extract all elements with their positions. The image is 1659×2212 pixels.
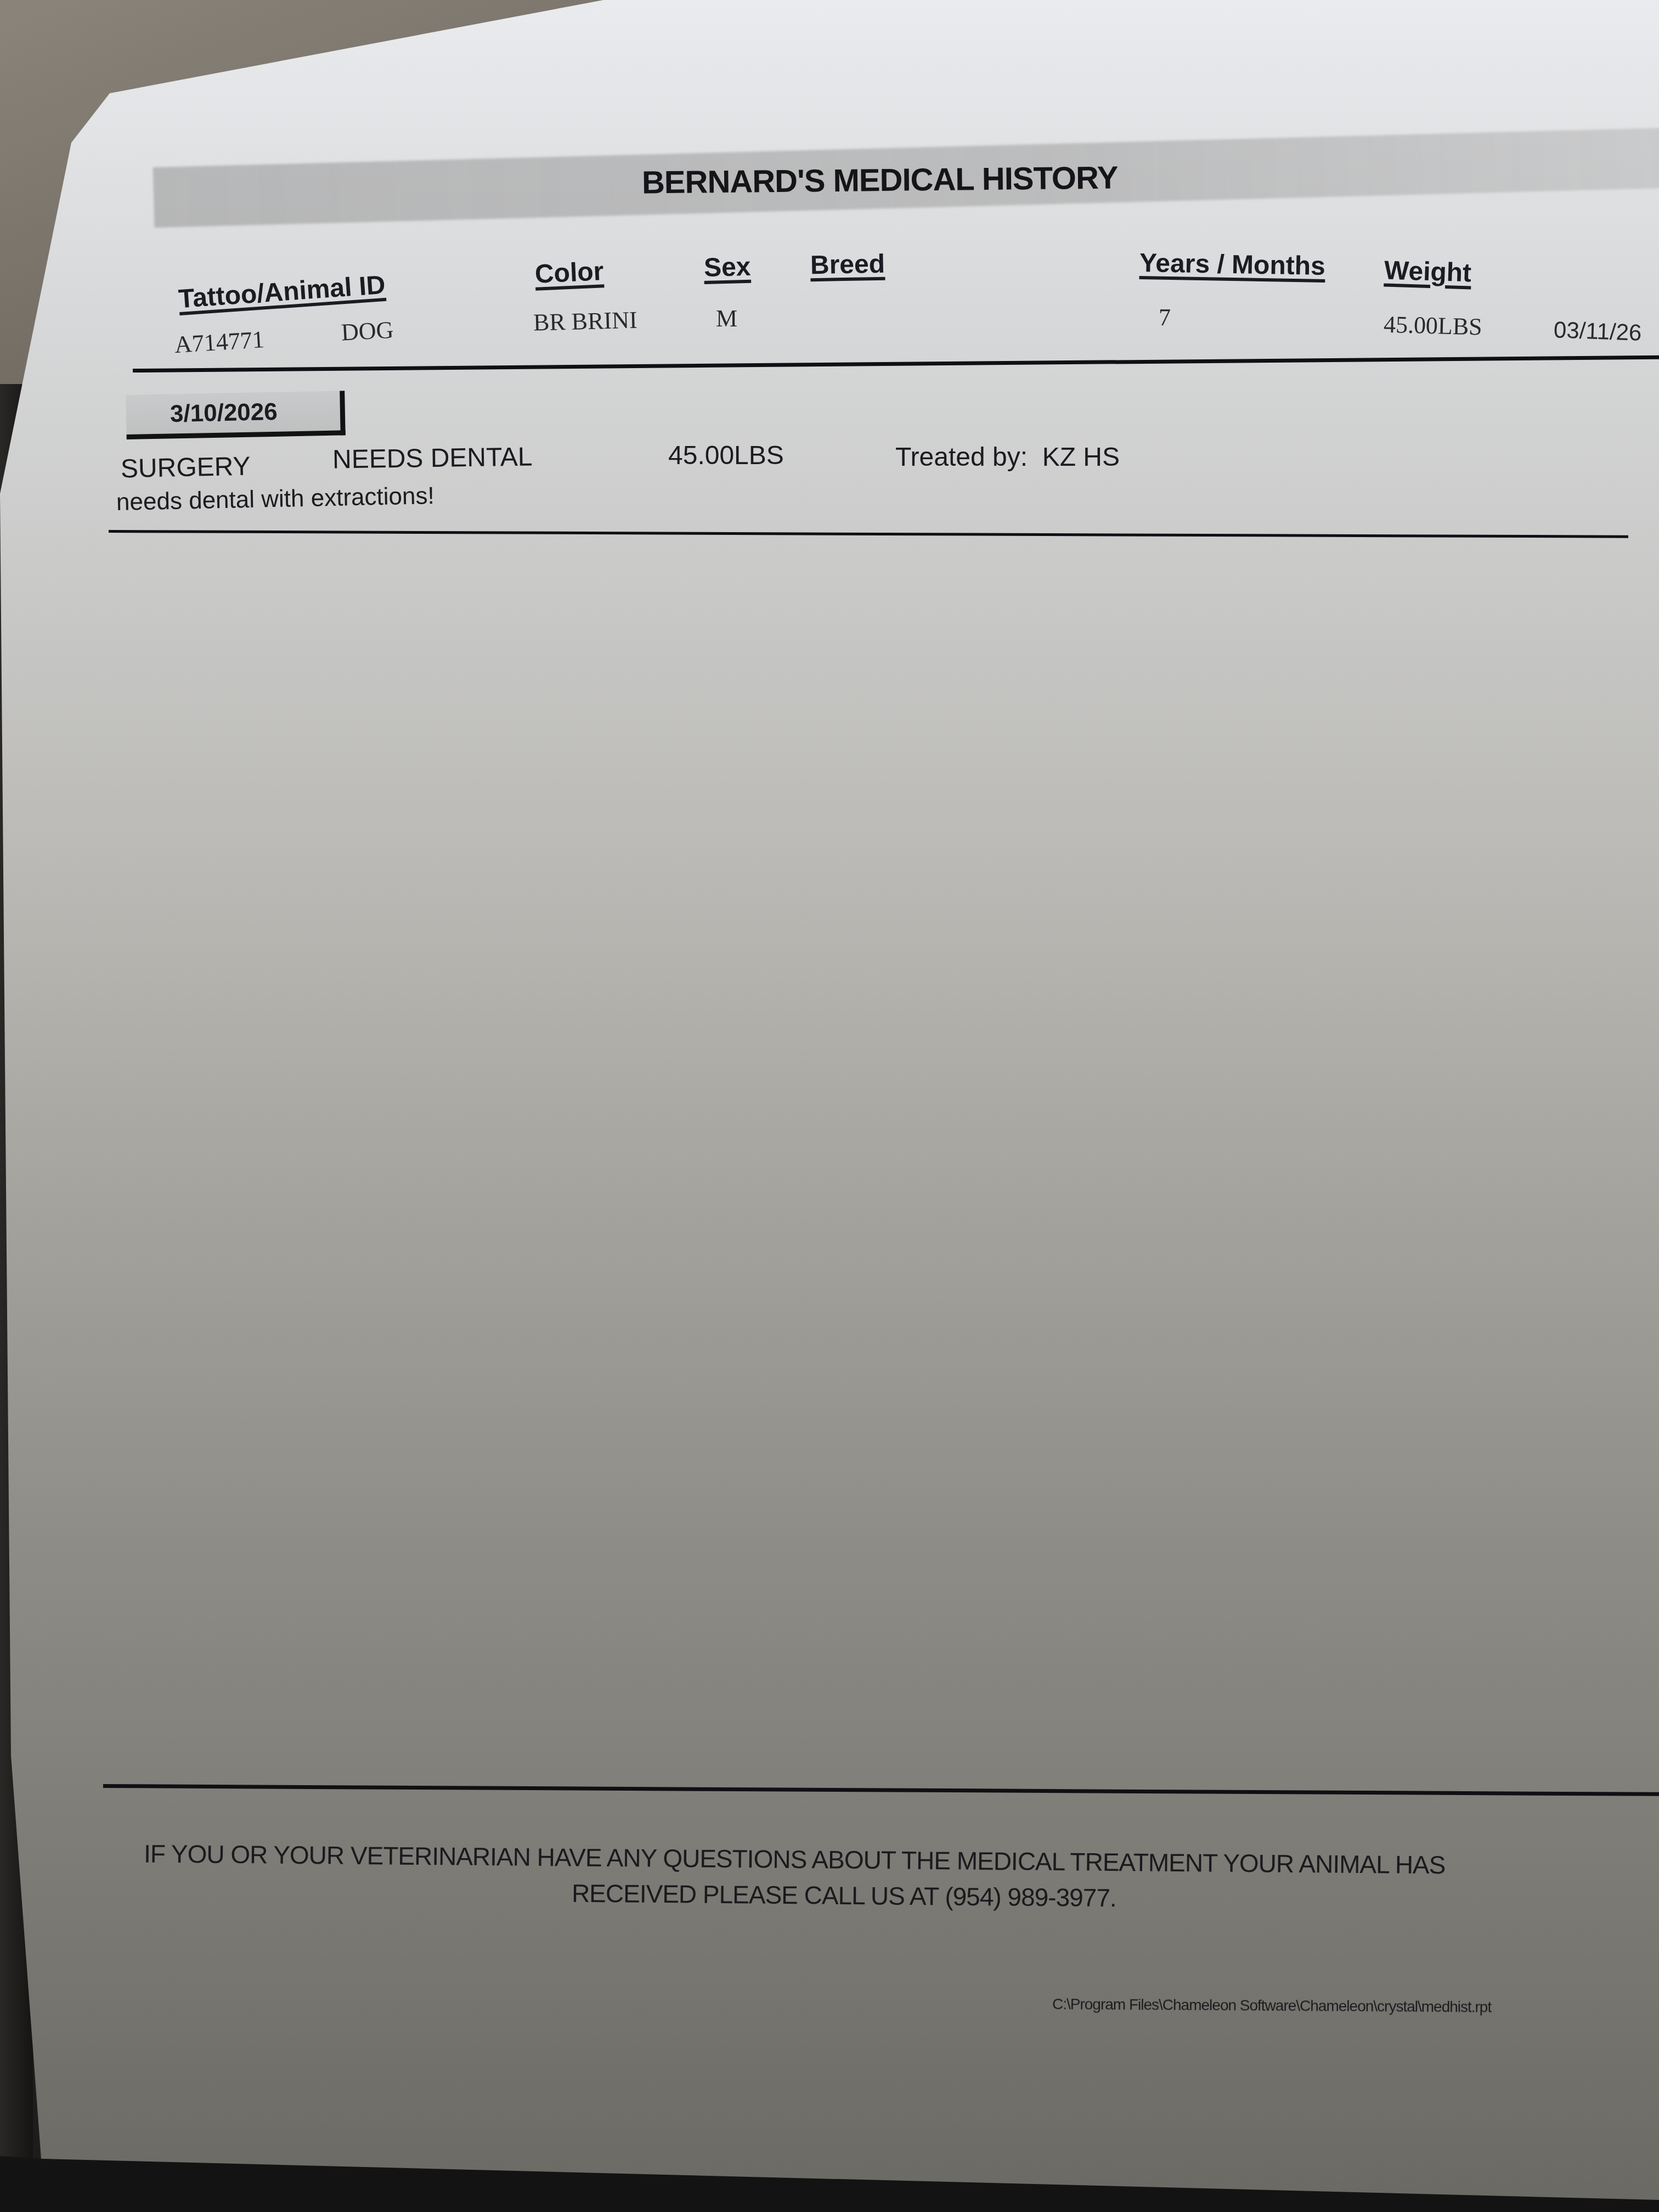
entry-weight: 45.00LBS <box>668 441 784 471</box>
header-tattoo-id: Tattoo/Animal ID <box>178 270 387 314</box>
report-file-path: C:\Program Files\Chameleon Software\Cham… <box>1052 1995 1491 2016</box>
header-age: Years / Months <box>1139 248 1326 281</box>
species-value: DOG <box>341 316 394 347</box>
header-divider <box>133 356 1659 373</box>
document-title: BERNARD'S MEDICAL HISTORY <box>642 159 1118 201</box>
entry-treated-by: Treated by: KZ HS <box>895 442 1120 472</box>
header-sex: Sex <box>703 252 751 283</box>
footer-line-1: IF YOU OR YOUR VETERINARIAN HAVE ANY QUE… <box>144 1839 1446 1880</box>
age-value: 7 <box>1159 303 1171 331</box>
footer-divider <box>103 1784 1659 1796</box>
printed-date: 03/11/26 <box>1553 317 1642 346</box>
entry-type: SURGERY <box>120 452 251 484</box>
treated-by-label: Treated by: <box>895 443 1028 472</box>
entry-date: 3/10/2026 <box>170 398 278 428</box>
paper-sheet: BERNARD'S MEDICAL HISTORY Tattoo/Animal … <box>0 0 1659 2212</box>
header-breed: Breed <box>810 249 885 280</box>
entry-note: needs dental with extractions! <box>116 482 435 516</box>
footer-line-2: RECEIVED PLEASE CALL US AT (954) 989-397… <box>572 1878 1116 1913</box>
entry-divider <box>109 530 1628 538</box>
entry-description: NEEDS DENTAL <box>332 442 533 475</box>
sex-value: M <box>716 304 737 332</box>
animal-id-value: A714771 <box>174 325 266 359</box>
header-weight: Weight <box>1384 256 1472 289</box>
medical-history-document: BERNARD'S MEDICAL HISTORY Tattoo/Animal … <box>0 0 1659 2212</box>
weight-value: 45.00LBS <box>1383 311 1482 341</box>
treated-by-value: KZ HS <box>1042 443 1120 472</box>
color-value: BR BRINI <box>533 306 637 337</box>
header-color: Color <box>534 256 605 289</box>
